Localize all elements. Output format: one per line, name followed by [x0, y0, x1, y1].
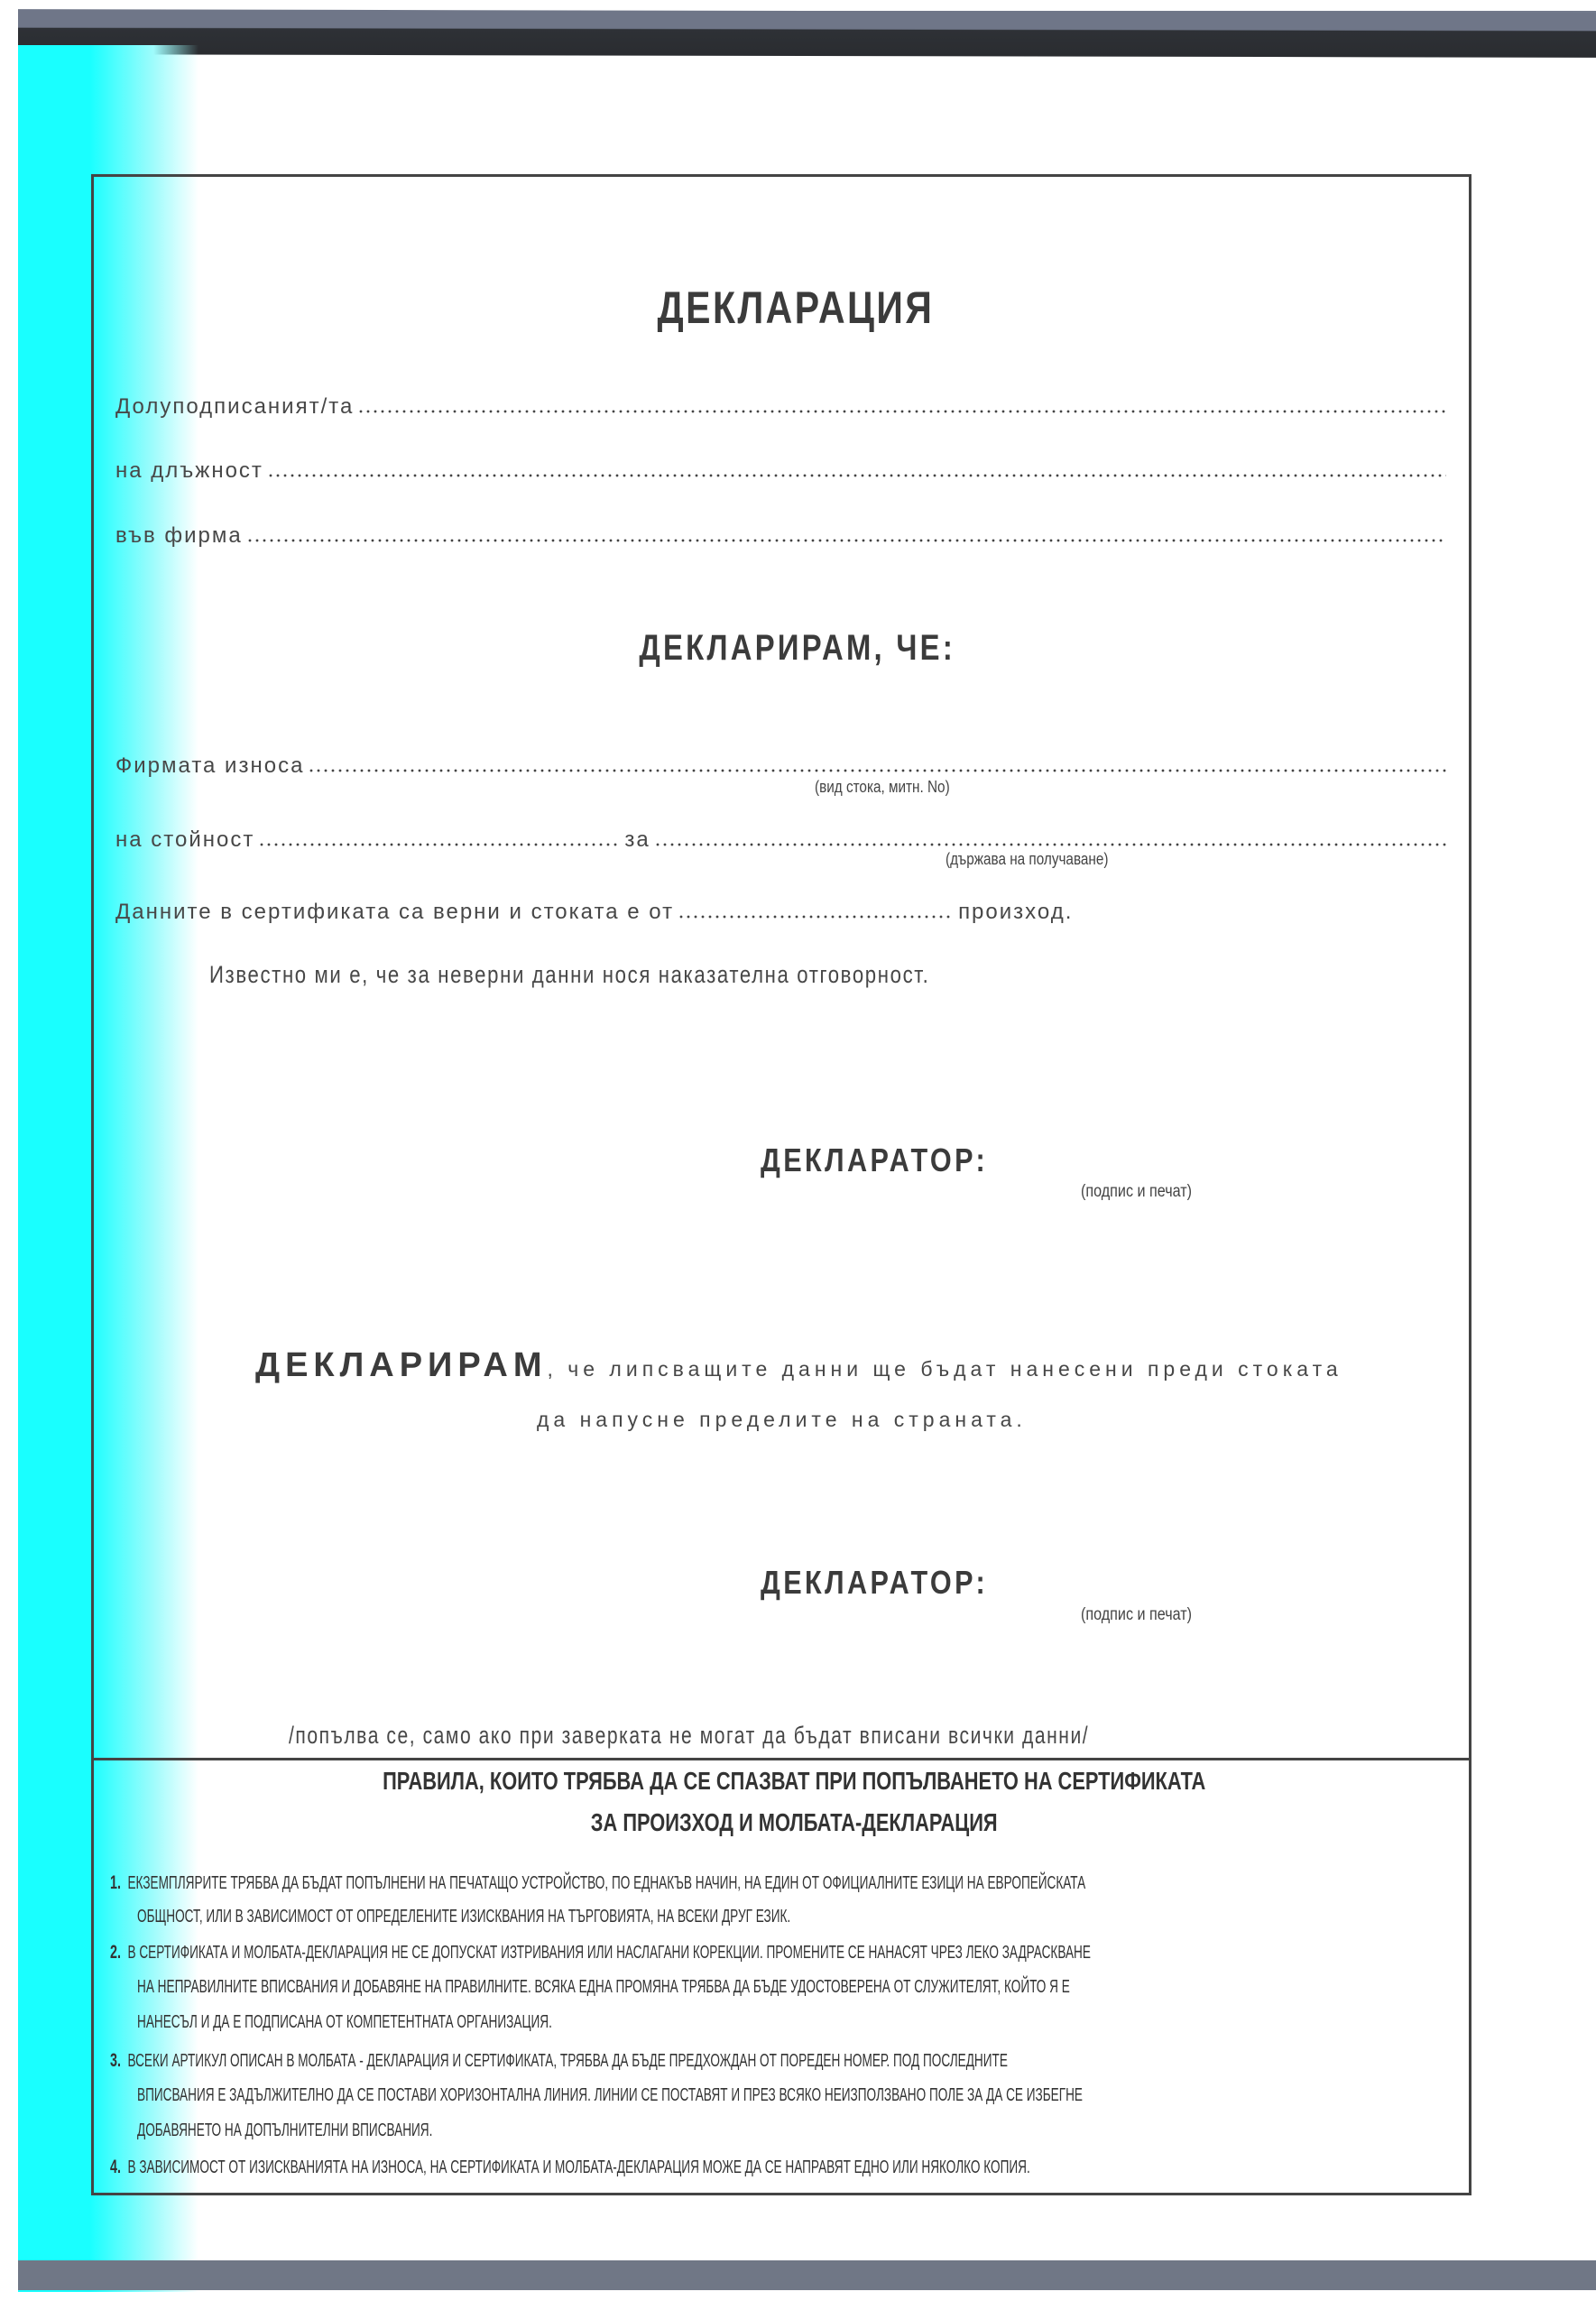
- rule-text: В СЕРТИФИКАТА И МОЛБАТА-ДЕКЛАРАЦИЯ НЕ СЕ…: [127, 1943, 1090, 1963]
- origin-suffix: произход.: [953, 900, 1076, 925]
- declarator-label-2: ДЕКЛАРАТОР:: [761, 1564, 988, 1602]
- dotted-fill-line[interactable]: [357, 409, 1446, 414]
- rule-text: В ЗАВИСИМОСТ ОТ ИЗИСКВАНИЯТА НА ИЗНОСА, …: [127, 2158, 1029, 2177]
- exports-hint: (вид стока, митн. No): [815, 778, 950, 797]
- rule-item-2-cont1: НА НЕПРАВИЛНИТЕ ВПИСВАНИЯ И ДОБАВЯНЕ НА …: [137, 1977, 1070, 1998]
- country-hint: (държава на получаване): [946, 850, 1108, 869]
- rule-text: ВСЕКИ АРТИКУЛ ОПИСАН В МОЛБАТА - ДЕКЛАРА…: [127, 2051, 1007, 2071]
- field-label-for: за: [619, 827, 653, 853]
- rule-item-2-cont2: НАНЕСЪЛ И ДА Е ПОДПИСАНА ОТ КОМПЕТЕНТНАТ…: [137, 2012, 552, 2033]
- signature-area-1[interactable]: [992, 1128, 1263, 1209]
- field-label: във фирма: [115, 523, 246, 549]
- rules-title-line1: ПРАВИЛА, КОИТО ТРЯБВА ДА СЕ СПАЗВАТ ПРИ …: [171, 1767, 1416, 1796]
- rules-title-line2: ЗА ПРОИЗХОД И МОЛБАТА-ДЕКЛАРАЦИЯ: [171, 1808, 1416, 1837]
- dotted-fill-line[interactable]: [246, 538, 1446, 543]
- signatory-name-field[interactable]: Долуподписаният/та: [115, 383, 1446, 420]
- origin-dotted-line[interactable]: [678, 914, 953, 919]
- rule-number: 3.: [110, 2050, 121, 2071]
- declarator-label-1: ДЕКЛАРАТОР:: [761, 1141, 988, 1179]
- rule-item-3-cont2: ДОБАВЯНЕТО НА ДОПЪЛНИТЕЛНИ ВПИСВАНИЯ.: [137, 2121, 432, 2141]
- signature-area-2[interactable]: [992, 1552, 1263, 1633]
- origin-field[interactable]: Данните в сертификата са верни и стоката…: [115, 889, 1108, 925]
- document-title: ДЕКЛАРАЦИЯ: [142, 282, 1451, 334]
- scan-edge-bottom: [18, 2260, 1596, 2290]
- rule-item-3-cont1: ВПИСВАНИЯ Е ЗАДЪЛЖИТЕЛНО ДА СЕ ПОСТАВИ Х…: [137, 2085, 1083, 2106]
- origin-prefix: Данните в сертификата са верни и стоката…: [115, 900, 678, 925]
- field-label: на стойност: [115, 827, 258, 853]
- rule-text: ЕКЗЕМПЛЯРИТЕ ТРЯБВА ДА БЪДАТ ПОПЪЛНЕНИ Н…: [127, 1873, 1085, 1893]
- declare-heading: ДЕКЛАРИРАМ, ЧЕ:: [143, 628, 1452, 669]
- rule-item-2: 2. В СЕРТИФИКАТА И МОЛБАТА-ДЕКЛАРАЦИЯ НЕ…: [110, 1942, 1091, 1963]
- company-field[interactable]: във фирма: [115, 513, 1446, 549]
- dotted-fill-line[interactable]: [308, 768, 1446, 773]
- rule-number: 1.: [110, 1872, 121, 1893]
- rule-number: 4.: [110, 2157, 121, 2177]
- country-dotted-line[interactable]: [654, 842, 1446, 847]
- exports-field[interactable]: Фирмата износа: [115, 743, 1446, 779]
- rule-item-1-cont: ОБЩНОСТ, ИЛИ В ЗАВИСИМОСТ ОТ ОПРЕДЕЛЕНИТ…: [137, 1907, 790, 1927]
- rule-item-4: 4. В ЗАВИСИМОСТ ОТ ИЗИСКВАНИЯТА НА ИЗНОС…: [110, 2157, 1030, 2178]
- rule-item-1: 1. ЕКЗЕМПЛЯРИТЕ ТРЯБВА ДА БЪДАТ ПОПЪЛНЕН…: [110, 1872, 1085, 1894]
- footnote: /попълва се, само ако при заверката не м…: [289, 1722, 1089, 1750]
- second-declaration-line2: да напусне пределите на страната.: [537, 1408, 1027, 1432]
- field-label: Фирмата износа: [115, 753, 308, 779]
- second-declaration-line1: ДЕКЛАРИРАМ, че липсващите данни ще бъдат…: [255, 1346, 1342, 1385]
- declare-keyword: ДЕКЛАРИРАМ: [255, 1346, 547, 1384]
- declare-text: , че липсващите данни ще бъдат нанесени …: [547, 1357, 1342, 1381]
- field-label: Долуподписаният/та: [115, 394, 357, 420]
- position-field[interactable]: на длъжност: [115, 448, 1446, 484]
- liability-statement: Известно ми е, че за неверни данни нося …: [209, 961, 929, 989]
- scan-shadow-top: [18, 9, 1596, 58]
- rule-item-3: 3. ВСЕКИ АРТИКУЛ ОПИСАН В МОЛБАТА - ДЕКЛ…: [110, 2050, 1008, 2072]
- value-field[interactable]: на стойност за: [115, 817, 1446, 853]
- value-dotted-line[interactable]: [258, 842, 619, 847]
- dotted-fill-line[interactable]: [267, 473, 1446, 478]
- rule-number: 2.: [110, 1942, 121, 1963]
- field-label: на длъжност: [115, 458, 267, 484]
